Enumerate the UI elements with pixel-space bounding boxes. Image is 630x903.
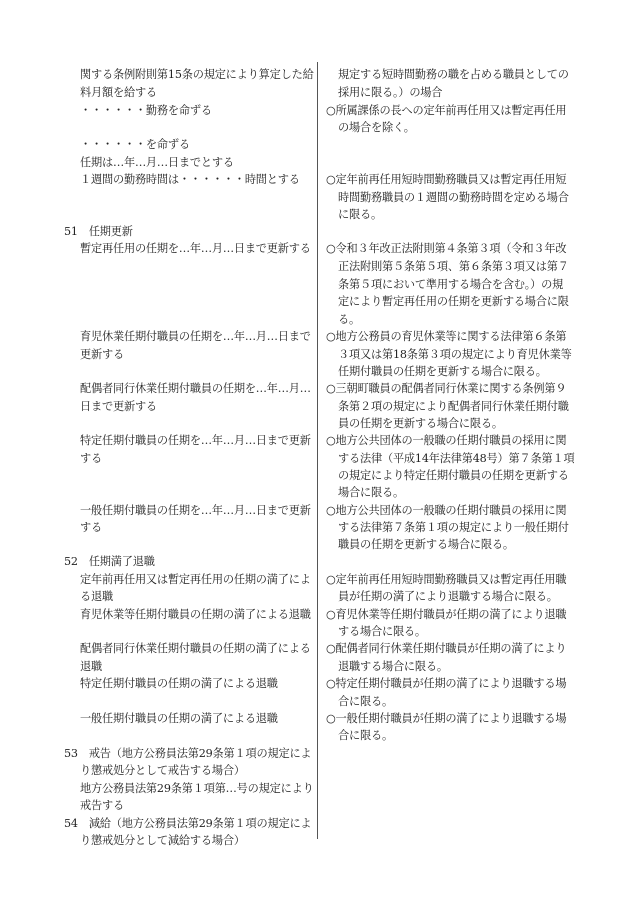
section-heading: 53 戒告（地方公務員法第29条第１項の規定によ [64, 745, 311, 763]
left-text-line: 日まで更新する [80, 398, 157, 416]
right-text-line: 員の任期を更新する場合に限る。 [338, 415, 503, 433]
condition-note-line: ○定年前再任用短時間勤務職員又は暫定再任用短 [326, 171, 566, 189]
column-divider [317, 62, 318, 839]
right-text-line: に限る。 [338, 206, 382, 224]
condition-note-line: ○配偶者同行休業任期付職員が任期の満了により [326, 640, 566, 658]
section-heading: 51 任期更新 [64, 223, 133, 241]
condition-note-line: ○地方公共団体の一般職の任期付職員の採用に関 [326, 432, 566, 450]
left-text-line: 暫定再任用の任期を…年…月…日まで更新する [80, 240, 311, 258]
left-text-line: 関する条例附則第15条の規定により算定した給 [80, 66, 314, 84]
left-text-line: ・・・・・・勤務を命ずる [80, 102, 212, 120]
right-text-line: する場合に限る。 [338, 623, 426, 641]
right-text-line: 定により暫定再任用の任期を更新する場合に限 [338, 293, 569, 311]
left-text-line: する [80, 450, 102, 468]
right-text-line: 退職する場合に限る。 [338, 658, 448, 676]
condition-note-line: ○所属課係の長への定年前再任用又は暫定再任用 [326, 102, 566, 120]
left-text-line: 更新する [80, 346, 124, 364]
right-text-line: 職員の任期を更新する場合に限る。 [338, 536, 514, 554]
left-text-line: る退職 [80, 588, 113, 606]
right-text-line: 合に限る。 [338, 727, 393, 745]
left-text-line: 戒告する [80, 797, 124, 815]
document-page: 関する条例附則第15条の規定により算定した給料月額を給する・・・・・・勤務を命ず… [0, 0, 630, 903]
left-text-line: 特定任期付職員の任期の満了による退職 [80, 675, 278, 693]
left-text-line: り懲戒処分として減給する場合） [80, 832, 245, 850]
left-text-line: 特定任期付職員の任期を…年…月…日まで更新 [80, 432, 311, 450]
section-heading: 52 任期満了退職 [64, 553, 155, 571]
right-text-line: 場合に限る。 [338, 484, 404, 502]
right-text-line: 条第５項において準用する場合を含む。）の規 [338, 276, 563, 294]
right-text-line: る。 [338, 311, 360, 329]
condition-note-line: ○地方公務員の育児休業等に関する法律第６条第 [326, 328, 566, 346]
left-text-line: 配偶者同行休業任期付職員の任期を…年…月… [80, 380, 311, 398]
left-text-line: １週間の勤務時間は・・・・・・時間とする [80, 171, 300, 189]
left-text-line: 料月額を給する [80, 84, 157, 102]
condition-note-line: ○一般任期付職員が任期の満了により退職する場 [326, 710, 566, 728]
condition-note-line: ○三朝町職員の配偶者同行休業に関する条例第９ [326, 380, 566, 398]
left-text-line: 配偶者同行休業任期付職員の任期の満了による [80, 640, 311, 658]
section-heading: 54 減給（地方公務員法第29条第１項の規定によ [64, 815, 311, 833]
right-text-line: ３項又は第18条第３項の規定により育児休業等 [338, 346, 572, 364]
left-text-line: 育児休業任期付職員の任期を…年…月…日まで [80, 328, 311, 346]
right-text-line: 採用に限る。）の場合 [338, 84, 442, 102]
right-text-line: する法律（平成14年法律第48号）第７条第１項 [338, 450, 574, 468]
left-text-line: 任期は…年…月…日までとする [80, 154, 234, 172]
right-text-line: 任期付職員の任期を更新する場合に限る。 [338, 363, 547, 381]
right-text-line: の場合を除く。 [338, 119, 415, 137]
left-text-line: 育児休業等任期付職員の任期の満了による退職 [80, 606, 311, 624]
left-text-line: 退職 [80, 658, 102, 676]
condition-note-line: ○定年前再任用短時間勤務職員又は暫定再任用職 [326, 571, 566, 589]
right-text-line: する法律第７条第１項の規定により一般任期付 [338, 519, 569, 537]
right-text-line: 時間勤務職員の１週間の勤務時間を定める場合 [338, 189, 569, 207]
right-text-line: 規定する短時間勤務の職を占める職員としての [338, 66, 569, 84]
left-text-line: ・・・・・・を命ずる [80, 136, 190, 154]
left-text-line: 一般任期付職員の任期の満了による退職 [80, 710, 278, 728]
right-text-line: 員が任期の満了により退職する場合に限る。 [338, 588, 558, 606]
left-text-line: り懲戒処分として戒告する場合） [80, 762, 245, 780]
condition-note-line: ○特定任期付職員が任期の満了により退職する場 [326, 675, 566, 693]
left-text-line: 定年前再任用又は暫定再任用の任期の満了によ [80, 571, 311, 589]
condition-note-line: ○育児休業等任期付職員が任期の満了により退職 [326, 606, 566, 624]
condition-note-line: ○地方公共団体の一般職の任期付職員の採用に関 [326, 502, 566, 520]
right-text-line: 正法附則第５条第５項、第６条第３項又は第７ [338, 258, 569, 276]
left-text-line: 一般任期付職員の任期を…年…月…日まで更新 [80, 502, 311, 520]
left-text-line: 地方公務員法第29条第１項第…号の規定により [80, 780, 314, 798]
right-text-line: の規定により特定任期付職員の任期を更新する [338, 467, 569, 485]
right-text-line: 条第２項の規定により配偶者同行休業任期付職 [338, 398, 569, 416]
left-text-line: する [80, 519, 102, 537]
condition-note-line: ○令和３年改正法附則第４条第３項（令和３年改 [326, 240, 566, 258]
right-text-line: 合に限る。 [338, 693, 393, 711]
